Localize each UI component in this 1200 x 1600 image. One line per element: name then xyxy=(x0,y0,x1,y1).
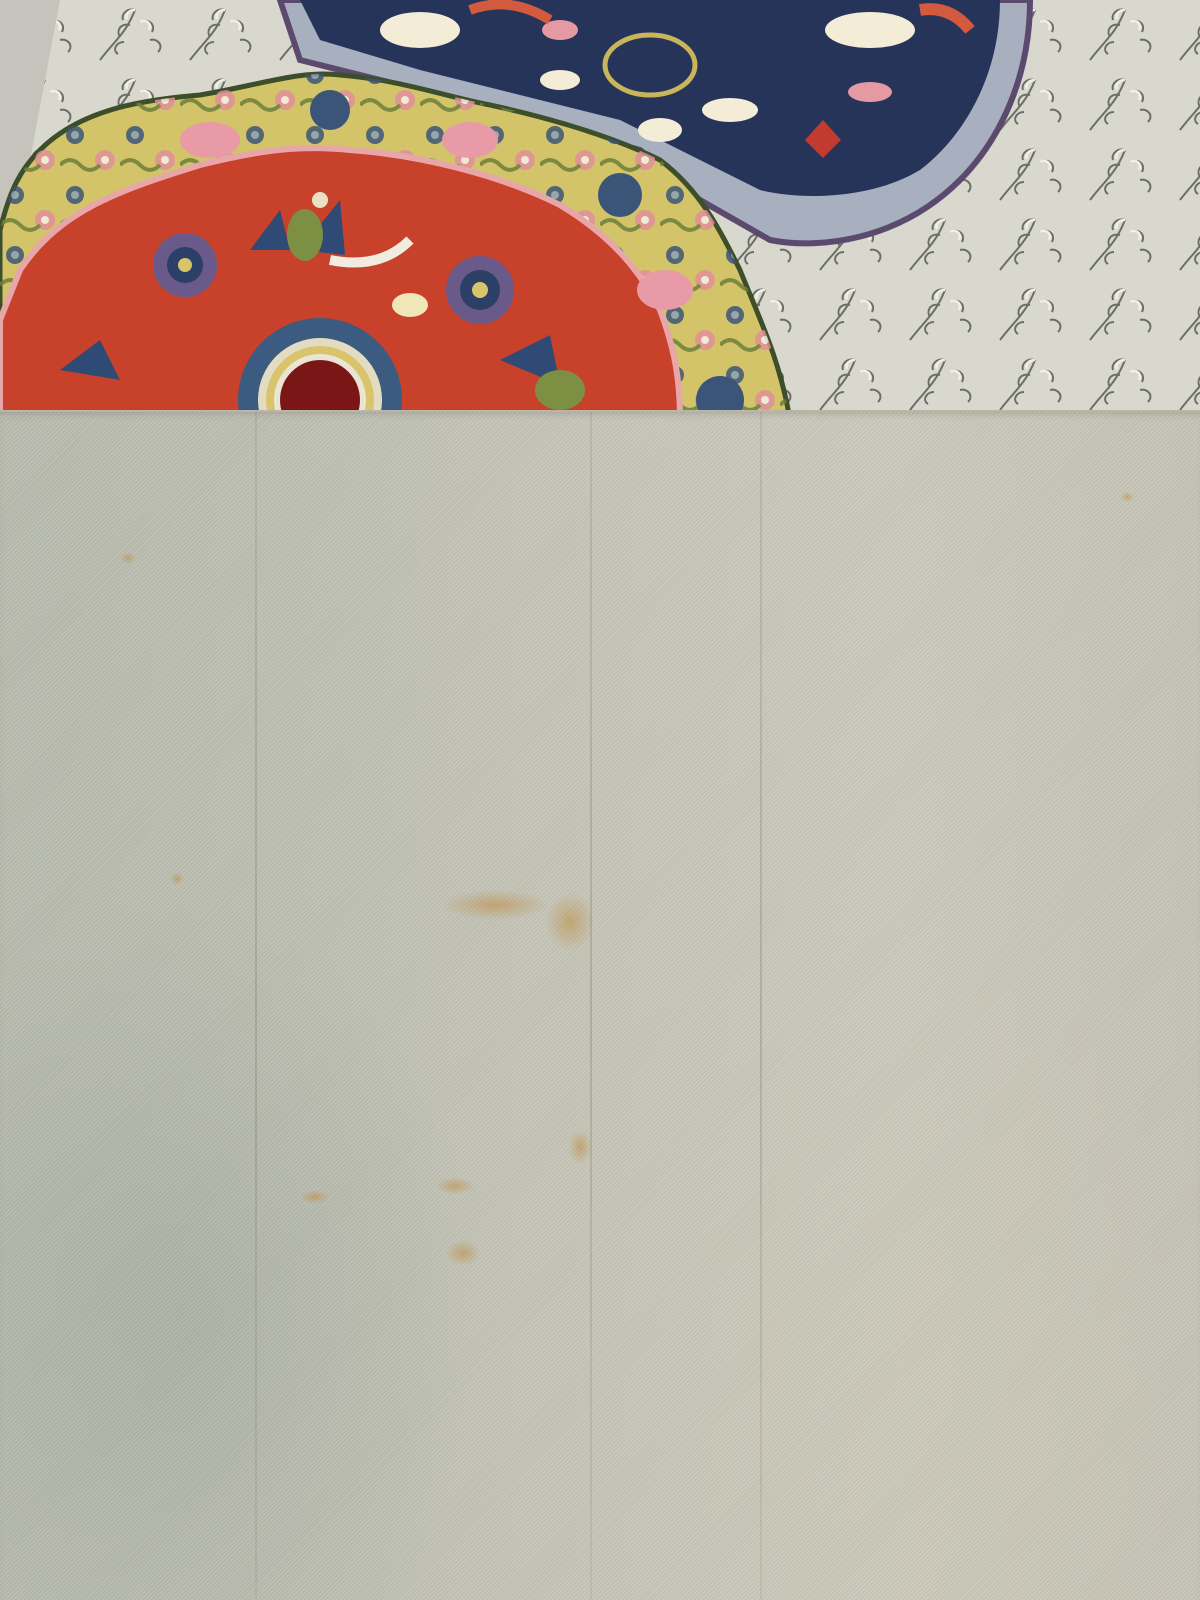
fold-line xyxy=(255,412,257,1600)
foxing-stain xyxy=(300,1190,330,1204)
foxing-stain xyxy=(120,552,136,564)
foxing-stain xyxy=(170,872,184,886)
fold-line xyxy=(760,412,762,1600)
fold-line xyxy=(590,412,592,1600)
embroidered-brocade-panel xyxy=(0,0,1200,430)
silk-weave-texture xyxy=(0,412,1200,1600)
foxing-stain xyxy=(545,892,595,952)
foxing-stain xyxy=(440,890,550,920)
foxing-stain xyxy=(435,1177,475,1195)
plain-silk-mount xyxy=(0,412,1200,1600)
foxing-stain xyxy=(445,1240,481,1266)
foxing-stain xyxy=(1120,492,1134,502)
foxing-stain xyxy=(568,1130,592,1164)
